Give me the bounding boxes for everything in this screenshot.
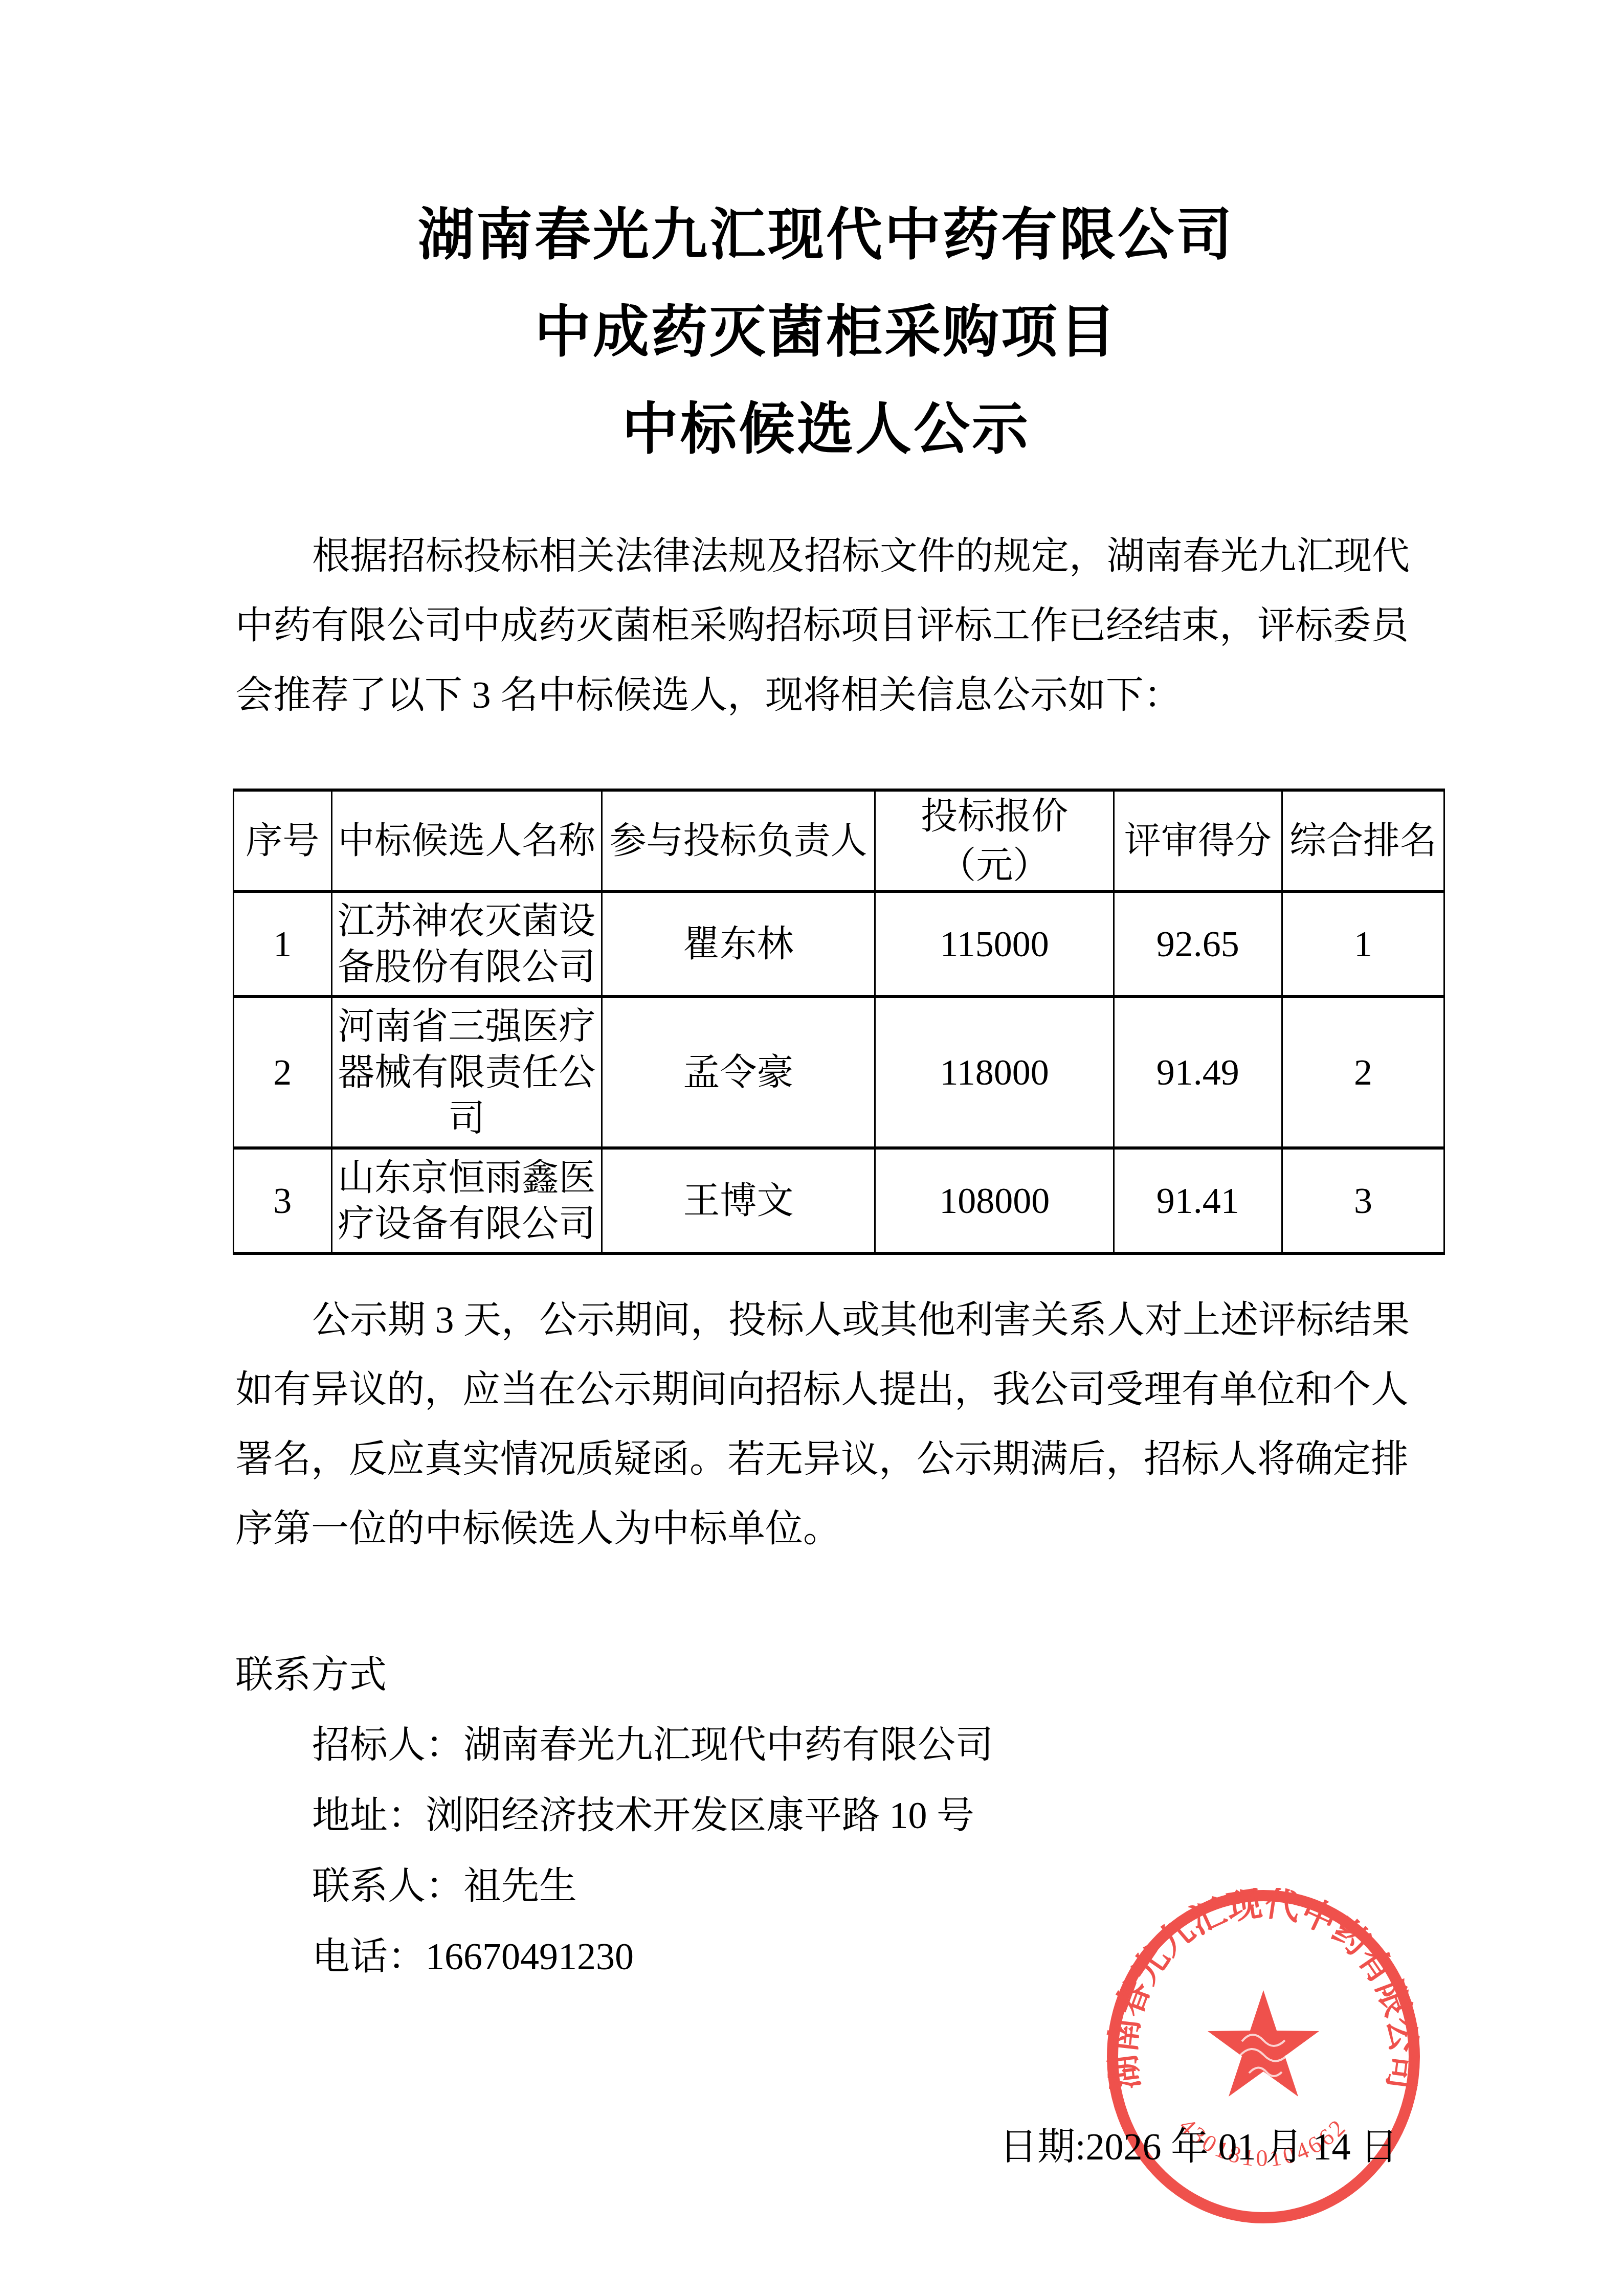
- intro-paragraph: 根据招标投标相关法律法规及招标文件的规定，湖南春光九汇现代 中药有限公司中成药灭…: [235, 522, 1417, 730]
- header-candidate-name: 中标候选人名称: [331, 790, 602, 891]
- header-bid-person: 参与投标负责人: [602, 790, 875, 891]
- header-seq: 序号: [234, 790, 332, 891]
- contact-address: 地址：浏阳经济技术开发区康平路 10 号: [235, 1781, 1417, 1851]
- header-review-score: 评审得分: [1114, 790, 1282, 891]
- stamp-star-icon: [1208, 1990, 1319, 2097]
- table-cell-seq: 1: [234, 891, 332, 997]
- table-row: 3山东京恒雨鑫医疗设备有限公司王博文10800091.413: [234, 1148, 1444, 1253]
- table-row: 2河南省三强医疗器械有限责任公司孟令豪11800091.492: [234, 997, 1444, 1148]
- header-overall-rank: 综合排名: [1282, 790, 1444, 891]
- table-cell-score: 91.41: [1114, 1148, 1282, 1253]
- table-cell-person: 王博文: [602, 1148, 875, 1253]
- document-page: 湖南春光九汇现代中药有限公司 中成药灭菌柜采购项目 中标候选人公示 根据招标投标…: [0, 0, 1624, 2296]
- table-cell-name: 山东京恒雨鑫医疗设备有限公司: [331, 1148, 602, 1253]
- table-cell-price: 115000: [875, 891, 1114, 997]
- table-cell-rank: 3: [1282, 1148, 1444, 1253]
- table-cell-person: 瞿东林: [602, 891, 875, 997]
- table-cell-seq: 3: [234, 1148, 332, 1253]
- table-cell-person: 孟令豪: [602, 997, 875, 1148]
- company-stamp: 湖南春光九汇现代中药有限公司 4301810104662: [1104, 1888, 1423, 2225]
- bid-candidates-table: 序号 中标候选人名称 参与投标负责人 投标报价（元） 评审得分 综合排名 1江苏…: [233, 789, 1445, 1255]
- table-cell-rank: 2: [1282, 997, 1444, 1148]
- table-row: 1江苏神农灭菌设备股份有限公司瞿东林11500092.651: [234, 891, 1444, 997]
- table-header-row: 序号 中标候选人名称 参与投标负责人 投标报价（元） 评审得分 综合排名: [234, 790, 1444, 891]
- document-content: 湖南春光九汇现代中药有限公司 中成药灭菌柜采购项目 中标候选人公示 根据招标投标…: [235, 0, 1417, 2182]
- table-cell-price: 118000: [875, 997, 1114, 1148]
- document-title: 湖南春光九汇现代中药有限公司 中成药灭菌柜采购项目 中标候选人公示: [235, 187, 1417, 478]
- table-cell-rank: 1: [1282, 891, 1444, 997]
- table-cell-seq: 2: [234, 997, 332, 1148]
- table-cell-score: 91.49: [1114, 997, 1282, 1148]
- table-cell-score: 92.65: [1114, 891, 1282, 997]
- contact-tenderer: 招标人：湖南春光九汇现代中药有限公司: [235, 1710, 1417, 1781]
- table-cell-price: 108000: [875, 1148, 1114, 1253]
- table-cell-name: 河南省三强医疗器械有限责任公司: [331, 997, 602, 1148]
- table-body: 1江苏神农灭菌设备股份有限公司瞿东林11500092.6512河南省三强医疗器械…: [234, 891, 1444, 1253]
- stamp-number-text: 4301810104662: [1174, 2113, 1352, 2172]
- table-cell-name: 江苏神农灭菌设备股份有限公司: [331, 891, 602, 997]
- publicity-paragraph: 公示期 3 天，公示期间，投标人或其他利害关系人对上述评标结果 如有异议的，应当…: [235, 1286, 1417, 1564]
- contact-heading: 联系方式: [235, 1640, 1417, 1710]
- header-bid-price: 投标报价（元）: [875, 790, 1114, 891]
